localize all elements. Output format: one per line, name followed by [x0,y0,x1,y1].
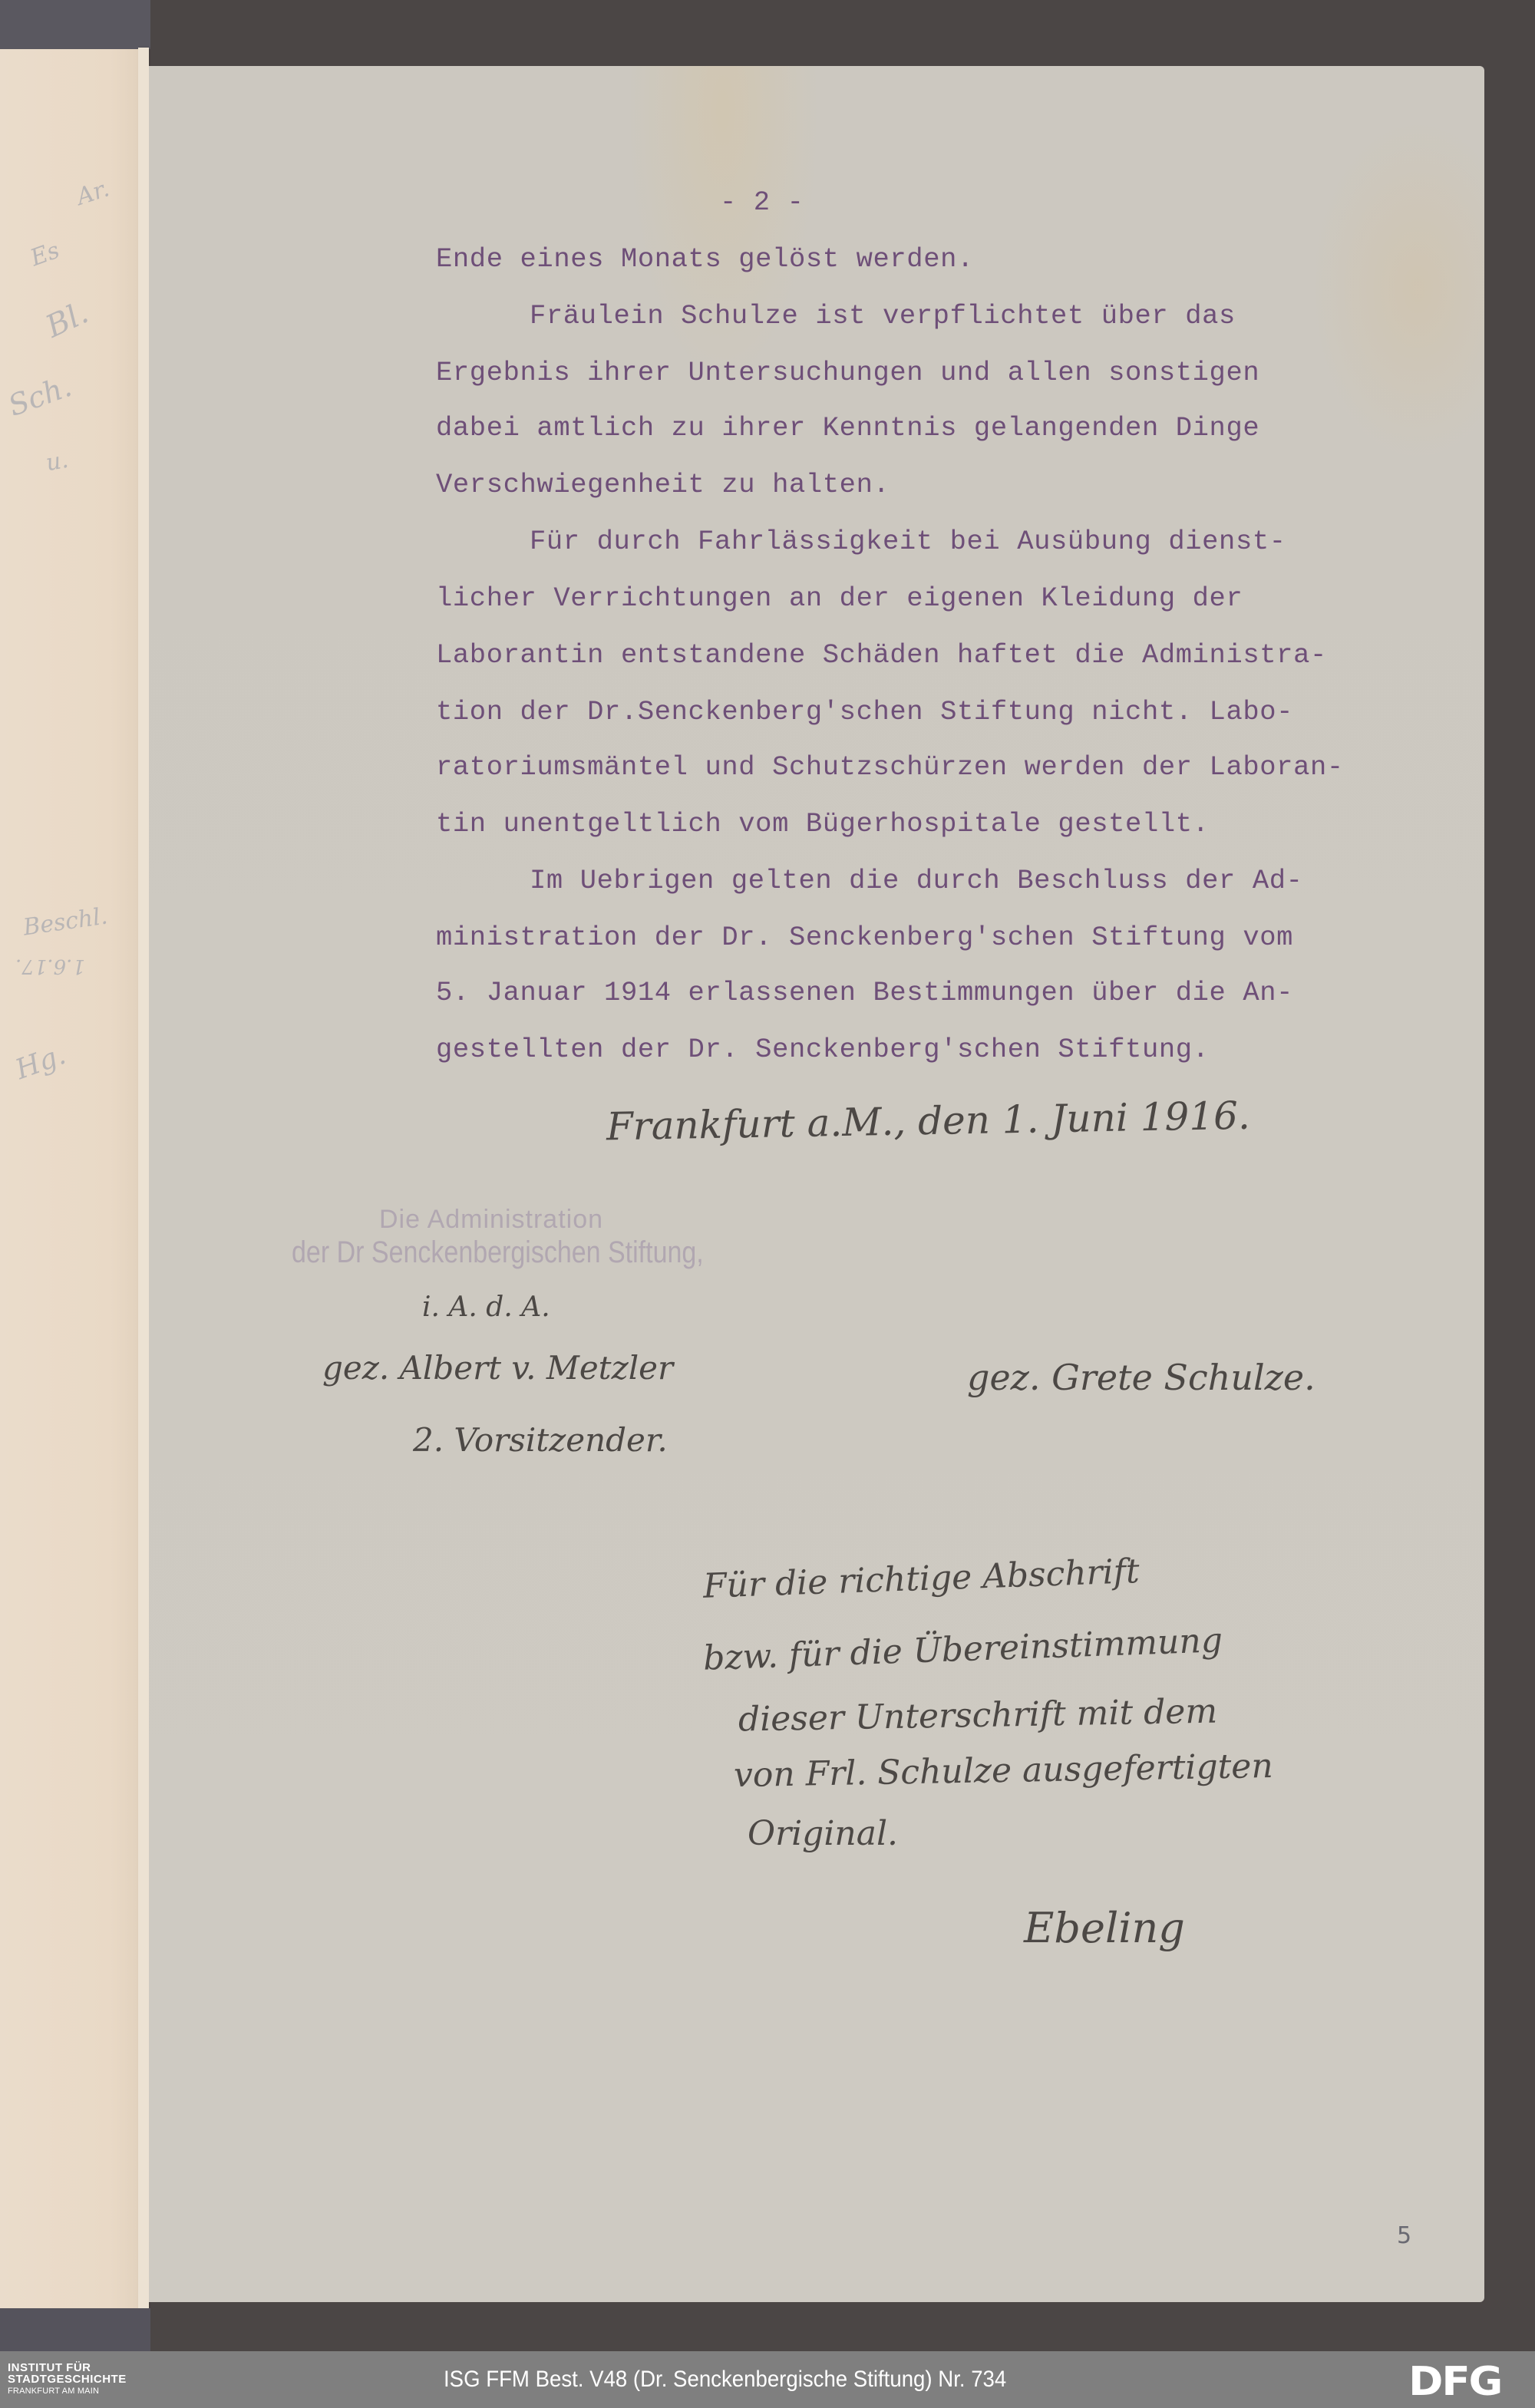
certification-line: dieser Unterschrift mit dem [738,1695,1218,1737]
typed-line: 5. Januar 1914 erlassenen Bestimmungen ü… [436,979,1293,1007]
signature-left-line-1: i. A. d. A. [422,1294,550,1321]
typed-line: Im Uebrigen gelten die durch Beschluss d… [530,867,1303,895]
certification-signature: Ebeling [1024,1908,1185,1949]
typed-line: gestellten der Dr. Senckenberg'schen Sti… [436,1036,1210,1064]
institution-line-1: INSTITUT FÜR [8,2362,127,2373]
typed-line: Ende eines Monats gelöst werden. [436,246,974,273]
typed-line: ministration der Dr. Senckenberg'schen S… [436,924,1293,952]
signature-left-title: 2. Vorsitzender. [413,1424,668,1456]
typed-line: Ergebnis ihrer Untersuchungen und allen … [436,359,1259,387]
typed-line: Fräulein Schulze ist verpflichtet über d… [530,302,1236,330]
typed-line: Verschwiegenheit zu halten. [436,471,890,499]
institution-line-2: STADTGESCHICHTE [8,2373,127,2385]
stamp-line-1: Die Administration [379,1206,603,1232]
page-header: - 2 - [720,189,804,216]
typed-line: tin unentgeltlich vom Bügerhospitale ges… [436,810,1210,838]
typed-line: Laborantin entstandene Schäden haftet di… [436,642,1327,669]
certification-line: Für die richtige Abschrift [702,1555,1140,1604]
signature-left-name: gez. Albert v. Metzler [322,1352,673,1384]
certification-line: Original. [748,1817,898,1851]
scan-viewport: Ar. Es Bl. Sch. u. Beschl. 1.6.17. Hg. -… [0,0,1535,2351]
pencil-note: Ar. [74,175,113,210]
typed-line: tion der Dr.Senckenberg'schen Stiftung n… [436,698,1293,726]
page-fold-edge [138,48,149,2310]
binding-top-band [0,0,150,49]
document-page: - 2 - Ende eines Monats gelöst werden. F… [149,66,1484,2302]
typed-line: dabei amtlich zu ihrer Kenntnis gelangen… [436,414,1259,442]
institution-line-3: FRANKFURT AM MAIN [8,2387,127,2396]
pencil-note: 1.6.17. [15,955,85,978]
binding-bottom-band [0,2308,150,2351]
certification-line: von Frl. Schulze ausgefertigten [734,1750,1273,1793]
place-date-handwritten: Frankfurt a.M., den 1. Juni 1916. [606,1097,1251,1146]
typed-line: licher Verrichtungen an der eigenen Klei… [436,585,1243,612]
certification-line: bzw. für die Übereinstimmung [702,1624,1223,1676]
pencil-note: Es [27,237,63,272]
signature-right-name: gez. Grete Schulze. [967,1360,1315,1395]
viewer-footer: INSTITUT FÜR STADTGESCHICHTE FRANKFURT A… [0,2351,1535,2408]
left-facing-page: Ar. Es Bl. Sch. u. Beschl. 1.6.17. Hg. [0,49,140,2308]
pencil-note: Sch. [4,369,76,423]
typed-line: ratoriumsmäntel und Schutzschürzen werde… [436,754,1344,781]
record-title: ISG FFM Best. V48 (Dr. Senckenbergische … [444,2367,1006,2393]
dfg-logo: DFG [1408,2362,1501,2402]
pencil-note: u. [44,447,70,477]
pencil-note: Hg. [12,1039,70,1086]
pencil-note: Bl. [41,295,94,345]
pencil-note: Beschl. [21,902,109,941]
typed-line: Für durch Fahrlässigkeit bei Ausübung di… [530,528,1286,556]
institution-logo: INSTITUT FÜR STADTGESCHICHTE FRANKFURT A… [8,2362,127,2396]
stamp-line-2: der Dr Senckenbergischen Stiftung, [292,1237,704,1268]
page-number: 5 [1397,2222,1411,2249]
